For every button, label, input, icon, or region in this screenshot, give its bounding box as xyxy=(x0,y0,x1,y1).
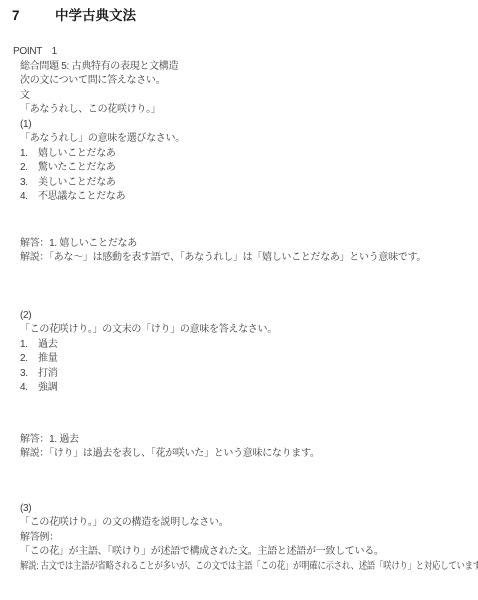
question-1-choice-row: 1. 嬉しいことだなあ xyxy=(20,147,472,162)
question-2-choice-row: 3. 打消 xyxy=(20,367,472,382)
question-3-explanation: 解説: 古文では主語が省略されることが多いが、この文では主語「この花」が明確に示… xyxy=(20,560,400,575)
worksheet-body: POINT 1 総合問題 5: 古典特有の表現と文構造 次の文について問に答えな… xyxy=(0,45,478,574)
question-1-number: (1) xyxy=(20,118,472,133)
question-2-choice-row: 2. 推量 xyxy=(20,352,472,367)
choice-text: 打消 xyxy=(38,367,57,382)
choice-text: 驚いたことだなあ xyxy=(38,161,116,176)
question-3: (3) 「この花咲けり。」の文の構造を説明しなさい。 解答例： 「この花」が主語… xyxy=(20,502,472,575)
choice-number: 3. xyxy=(20,367,38,382)
choice-text: 不思議なことだなあ xyxy=(38,190,125,205)
choice-text: 推量 xyxy=(38,352,57,367)
instruction-text: 次の文について問に答えなさい。 xyxy=(20,74,472,89)
choice-number: 2. xyxy=(20,161,38,176)
choice-text: 強調 xyxy=(38,381,57,396)
question-3-answer-label: 解答例： xyxy=(20,531,472,546)
choice-number: 1. xyxy=(20,338,38,353)
question-1-prompt: 「あなうれし」の意味を選びなさい。 xyxy=(20,132,472,147)
choice-text: 嬉しいことだなあ xyxy=(38,147,116,162)
question-3-number: (3) xyxy=(20,502,472,517)
choice-number: 4. xyxy=(20,190,38,205)
question-3-prompt: 「この花咲けり。」の文の構造を説明しなさい。 xyxy=(20,516,472,531)
choice-text: 過去 xyxy=(38,338,57,353)
question-1-explanation: 解説：「あな～」は感動を表す語で、「あなうれし」は「嬉しいことだなあ」という意味… xyxy=(20,251,472,266)
question-1-choice-row: 3. 美しいことだなあ xyxy=(20,176,472,191)
choice-number: 4. xyxy=(20,381,38,396)
question-2-choice-row: 1. 過去 xyxy=(20,338,472,353)
question-2-choice-row: 4. 強調 xyxy=(20,381,472,396)
problem-set-title: 総合問題 5: 古典特有の表現と文構造 xyxy=(20,60,472,75)
example-sentence: 「あなうれし、この花咲けり。」 xyxy=(20,103,472,118)
question-2: (2) 「この花咲けり。」の文末の「けり」の意味を答えなさい。 1. 過去 2.… xyxy=(20,309,472,462)
question-2-explanation: 解説：「けり」は過去を表し、「花が咲いた」という意味になります。 xyxy=(20,447,472,462)
question-1-choice-row: 4. 不思議なことだなあ xyxy=(20,190,472,205)
question-1: (1) 「あなうれし」の意味を選びなさい。 1. 嬉しいことだなあ 2. 驚いた… xyxy=(20,118,472,266)
chapter-title: 中学古典文法 xyxy=(55,8,136,24)
question-1-answer: 解答：1. 嬉しいことだなあ xyxy=(20,237,472,252)
question-3-answer-example: 「この花」が主語、「咲けり」が述語で構成された文。主語と述語が一致している。 xyxy=(20,545,472,560)
worksheet-page: 7 中学古典文法 POINT 1 総合問題 5: 古典特有の表現と文構造 次の文… xyxy=(0,0,478,600)
question-2-number: (2) xyxy=(20,309,472,324)
point-label: POINT 1 xyxy=(13,45,472,60)
question-2-answer: 解答：1. 過去 xyxy=(20,433,472,448)
question-1-choice-row: 2. 驚いたことだなあ xyxy=(20,161,472,176)
choice-text: 美しいことだなあ xyxy=(38,176,116,191)
sentence-label: 文 xyxy=(20,89,472,104)
chapter-number: 7 xyxy=(12,8,55,24)
choice-number: 2. xyxy=(20,352,38,367)
question-2-prompt: 「この花咲けり。」の文末の「けり」の意味を答えなさい。 xyxy=(20,323,472,338)
choice-number: 3. xyxy=(20,176,38,191)
header: 7 中学古典文法 xyxy=(0,0,478,24)
choice-number: 1. xyxy=(20,147,38,162)
